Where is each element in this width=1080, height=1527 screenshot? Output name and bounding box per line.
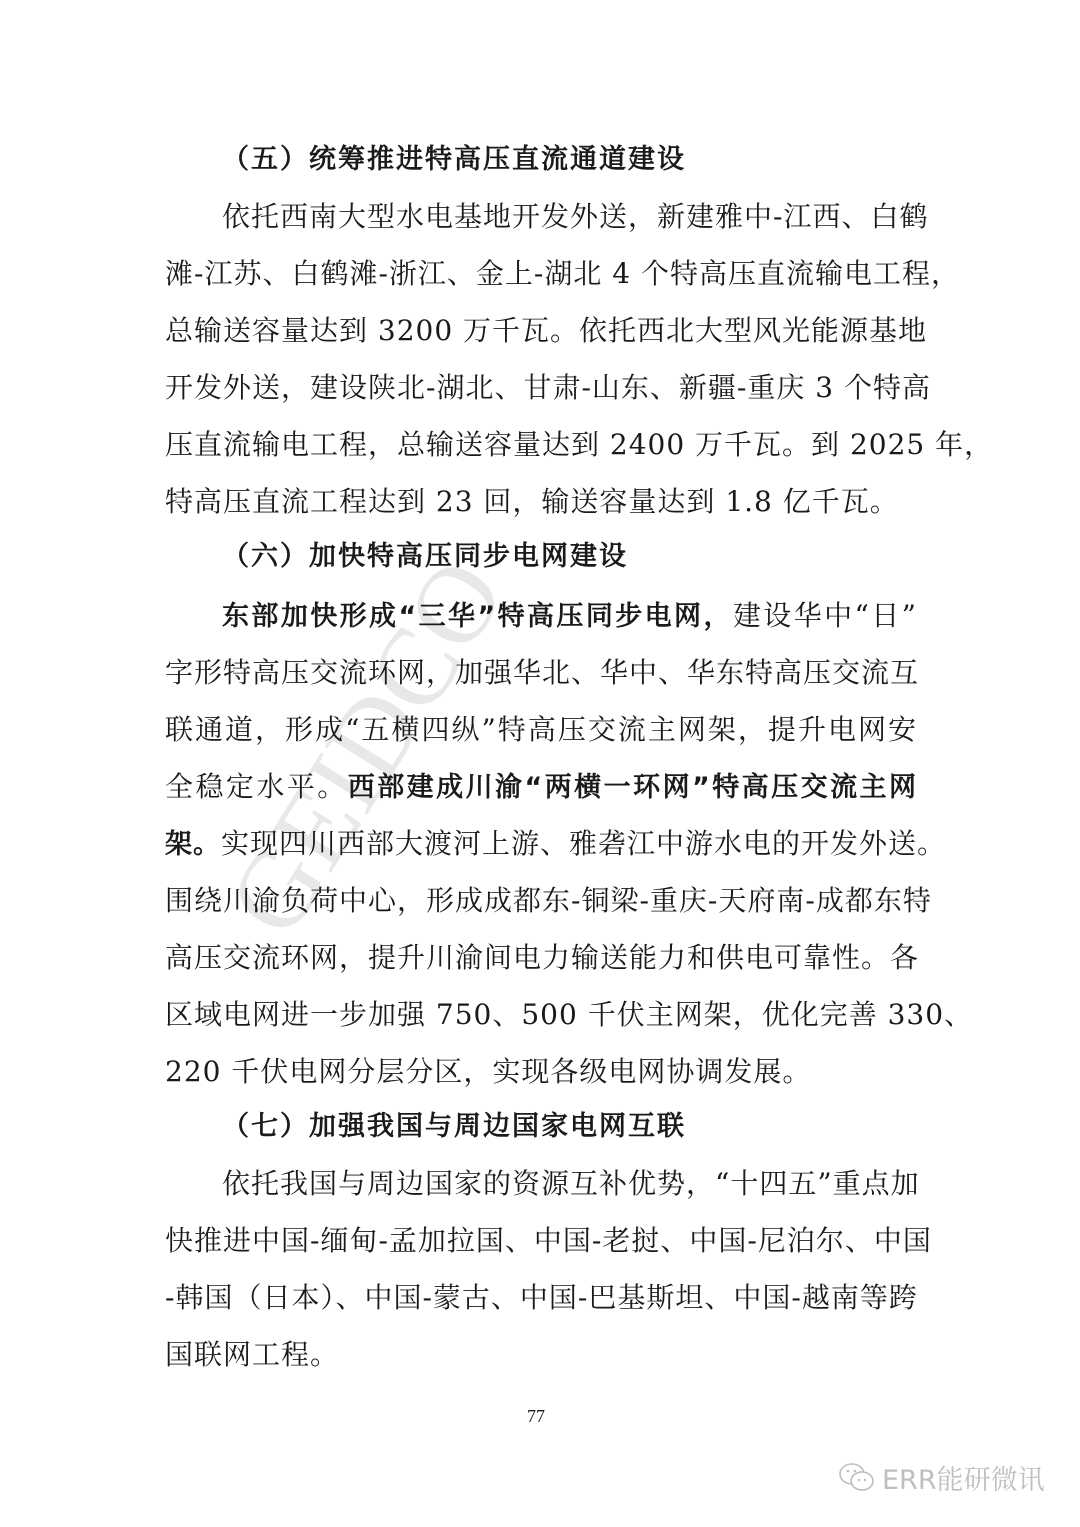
document-page: GEIDCO （五）统筹推进特高压直流通道建设 依托西南大型水电基地开发外送，新… [0, 0, 1080, 1527]
paragraph-line: 220 千伏电网分层分区，实现各级电网协调发展。 [165, 1052, 917, 1092]
text-run: 全稳定水平。 [165, 770, 348, 803]
paragraph-line: 高压交流环网，提升川渝间电力输送能力和供电可靠性。各 [165, 938, 917, 978]
paragraph-line: 架。实现四川西部大渡河上游、雅砻江中游水电的开发外送。 [165, 824, 917, 865]
paragraph-line: 全稳定水平。西部建成川渝“两横一环网”特高压交流主网 [165, 767, 917, 808]
text-run: 建设华中“日” [733, 599, 917, 632]
paragraph-line: 围绕川渝负荷中心，形成成都东-铜梁-重庆-天府南-成都东特 [165, 881, 917, 921]
page-number: 77 [527, 1406, 545, 1427]
paragraph-line: 总输送容量达到 3200 万千瓦。依托西北大型风光能源基地 [165, 311, 917, 351]
paragraph-line: 东部加快形成“三华”特高压同步电网，建设华中“日” [222, 596, 917, 637]
section-heading-6: （六）加快特高压同步电网建设 [222, 537, 917, 577]
paragraph-line: 字形特高压交流环网，加强华北、华中、华东特高压交流互 [165, 653, 917, 693]
paragraph-line: 国联网工程。 [165, 1335, 917, 1375]
bold-phrase: 架。 [165, 829, 221, 860]
footer-brand: ERR能研微讯 [838, 1458, 1045, 1497]
bold-phrase: 西部建成川渝“两横一环网”特高压交流主网 [348, 772, 917, 803]
paragraph-line: -韩国（日本）、中国-蒙古、中国-巴基斯坦、中国-越南等跨 [165, 1278, 917, 1318]
bold-phrase: 东部加快形成“三华”特高压同步电网， [222, 601, 733, 632]
paragraph-line: 联通道，形成“五横四纵”特高压交流主网架，提升电网安 [165, 710, 917, 750]
section-heading-7: （七）加强我国与周边国家电网互联 [222, 1107, 917, 1147]
brand-name: ERR能研微讯 [882, 1458, 1045, 1497]
paragraph-line: 依托西南大型水电基地开发外送，新建雅中-江西、白鹤 [222, 197, 917, 237]
paragraph-line: 压直流输电工程，总输送容量达到 2400 万千瓦。到 2025 年， [165, 425, 917, 465]
paragraph-line: 开发外送，建设陕北-湖北、甘肃-山东、新疆-重庆 3 个特高 [165, 368, 917, 408]
paragraph-line: 滩-江苏、白鹤滩-浙江、金上-湖北 4 个特高压直流输电工程， [165, 254, 917, 294]
paragraph-line: 快推进中国-缅甸-孟加拉国、中国-老挝、中国-尼泊尔、中国 [165, 1221, 917, 1261]
paragraph-line: 特高压直流工程达到 23 回，输送容量达到 1.8 亿千瓦。 [165, 482, 917, 522]
wechat-icon [838, 1462, 876, 1494]
paragraph-line: 区域电网进一步加强 750、500 千伏主网架，优化完善 330、 [165, 995, 917, 1035]
section-heading-5: （五）统筹推进特高压直流通道建设 [222, 140, 917, 180]
paragraph-line: 依托我国与周边国家的资源互补优势，“十四五”重点加 [222, 1164, 917, 1204]
text-run: 实现四川西部大渡河上游、雅砻江中游水电的开发外送。 [221, 827, 946, 860]
